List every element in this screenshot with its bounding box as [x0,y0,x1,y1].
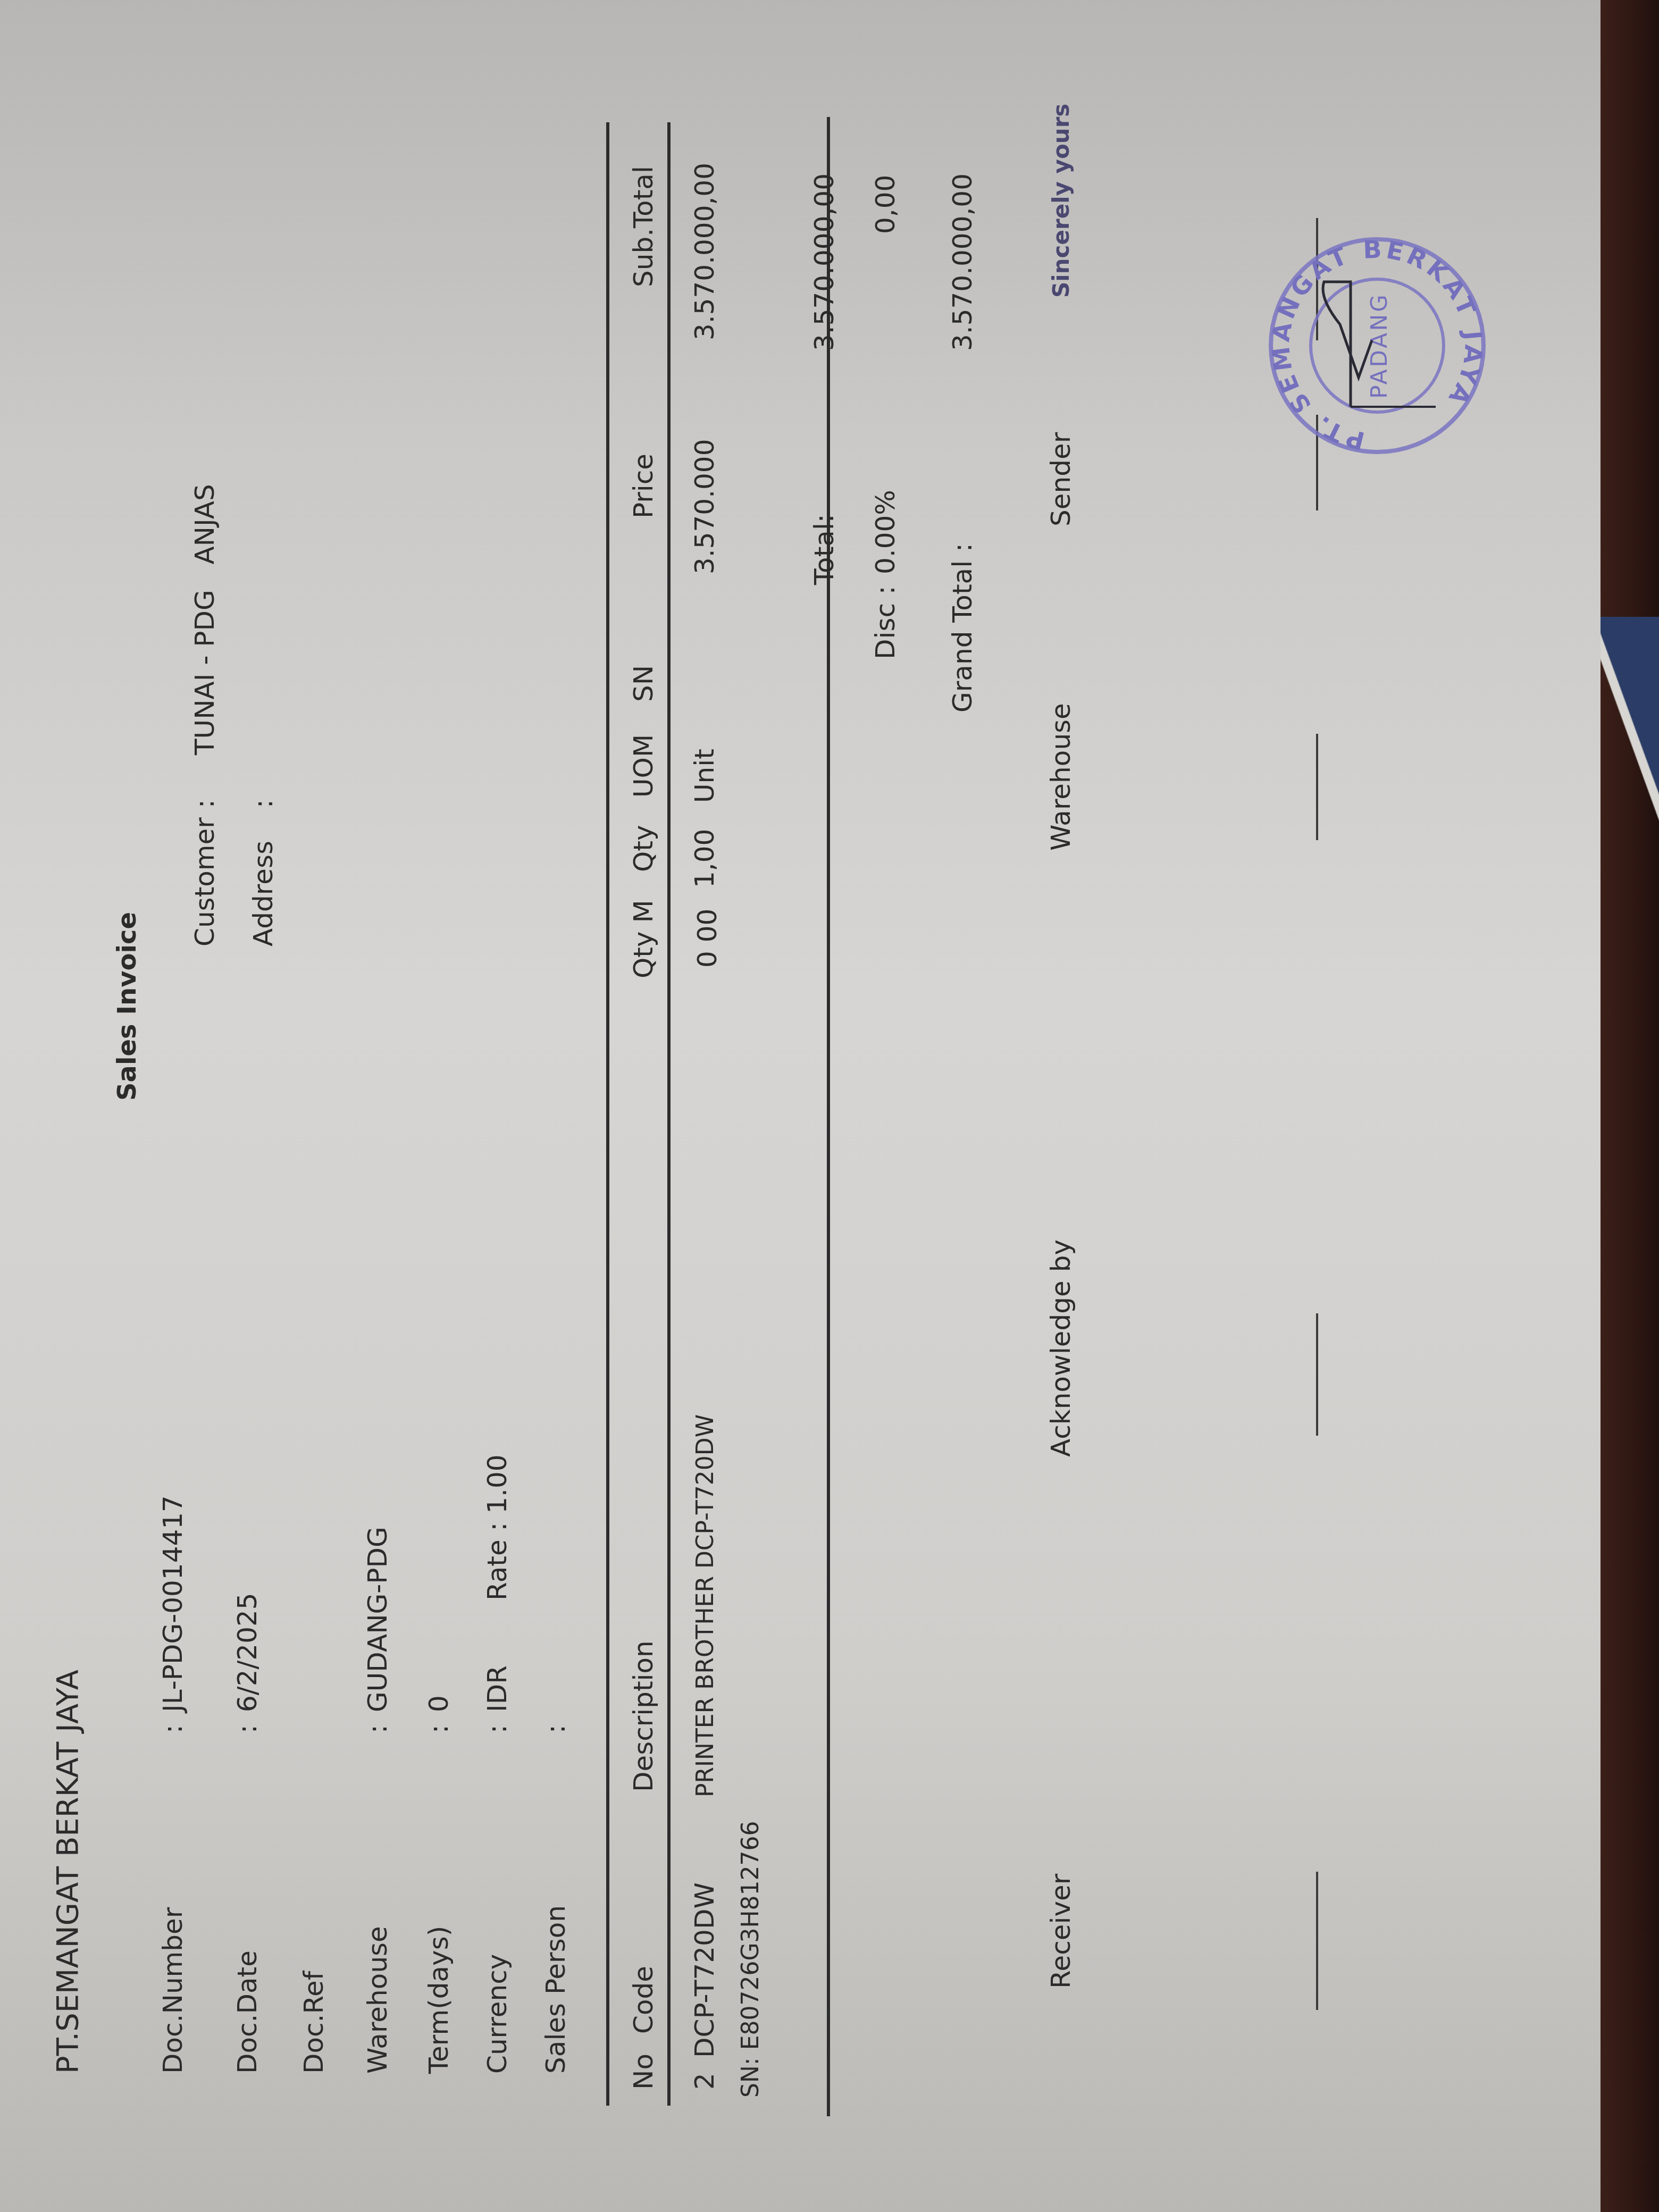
serial-number-note: SN: E80726G3H812766 [739,1821,763,2098]
address-label: Address [250,841,276,946]
doc-date-sep: : [234,1724,261,1733]
term-label: Term(days) [425,1926,452,2074]
row-no: 2 [691,2073,718,2090]
col-no: No [630,2054,657,2090]
address-sep: : [250,799,276,808]
stamp-seal-icon: PT. SEMANGAT BERKAT JAYA PADANG [1266,234,1489,457]
col-subtotal: Sub.Total [630,166,657,287]
warehouse-label: Warehouse [364,1926,391,2074]
doc-date-label: Doc.Date [234,1950,261,2074]
doc-number-sep: : [160,1724,186,1733]
currency-sep: : [484,1724,510,1733]
row-uom: Unit [691,749,718,803]
col-code: Code [630,1966,657,2034]
warehouse-value: GUDANG-PDG [364,1527,391,1712]
grand-total-label: Grand Total : [949,543,976,713]
currency-rate: Rate : 1.00 [484,1454,510,1601]
background-object [1601,617,1659,829]
col-uom: UOM [630,734,657,798]
sig-warehouse-label: Warehouse [1048,703,1074,851]
customer-sep: : [191,799,218,808]
term-value: 0 [425,1695,452,1712]
col-price: Price [630,454,657,518]
col-sn: SN [630,665,657,702]
currency-label: Currency [484,1954,510,2074]
table-bottom-rule [827,117,830,2116]
table-header-rule [667,122,671,2106]
sales-person-sep: : [542,1724,569,1733]
invoice-paper: PT.SEMANGAT BERKAT JAYA Sales Invoice Do… [0,0,1601,2212]
sig-line-warehouse [1316,734,1318,840]
doc-number-label: Doc.Number [160,1907,186,2074]
company-name: PT.SEMANGAT BERKAT JAYA [53,1670,83,2074]
sig-receiver-label: Receiver [1048,1874,1074,1989]
sig-sincerely-label: Sincerely yours [1050,104,1073,298]
row-code: DCP-T720DW [691,1882,718,2058]
grand-total-value: 3.570.000,00 [949,173,976,351]
sig-line-receiver [1316,1872,1318,2010]
disc-value: 0,00 [872,175,899,234]
wooden-table-edge [1601,0,1659,2212]
doc-date-value: 6/2/2025 [234,1593,261,1712]
currency-value: IDR [484,1665,510,1712]
sales-person-label: Sales Person [542,1905,569,2074]
disc-percent: 0.00% [872,490,899,574]
sig-line-acknowledge [1316,1313,1318,1436]
row-subtotal: 3.570.000,00 [691,163,718,340]
document-title: Sales Invoice [114,912,140,1101]
col-qty-m: Qty M [630,900,657,978]
table-top-rule [606,122,609,2106]
doc-number-value: JL-PDG-0014417 [160,1495,186,1712]
total-label: Total: [811,514,837,585]
row-qty: 1,00 [691,829,718,888]
customer-label: Customer [191,817,218,946]
doc-ref-label: Doc.Ref [300,1971,327,2074]
term-sep: : [425,1724,452,1733]
col-qty: Qty [630,825,657,872]
rotated-photo-frame: PT.SEMANGAT BERKAT JAYA Sales Invoice Do… [0,0,1659,2212]
row-price: 3.570.000 [691,439,718,574]
disc-label: Disc : [872,585,899,659]
customer-value: TUNAI - PDG ANJAS [191,484,218,755]
sig-acknowledge-label: Acknowledge by [1048,1239,1074,1457]
row-description: PRINTER BROTHER DCP-T720DW [694,1414,717,1797]
warehouse-sep: : [364,1724,391,1733]
sig-sender-label: Sender [1048,432,1074,526]
company-stamp: PT. SEMANGAT BERKAT JAYA PADANG [1266,234,1489,457]
col-description: Description [630,1640,657,1792]
total-value: 3.570.000,00 [811,173,837,351]
row-qty-m: 0 00 [694,909,720,968]
